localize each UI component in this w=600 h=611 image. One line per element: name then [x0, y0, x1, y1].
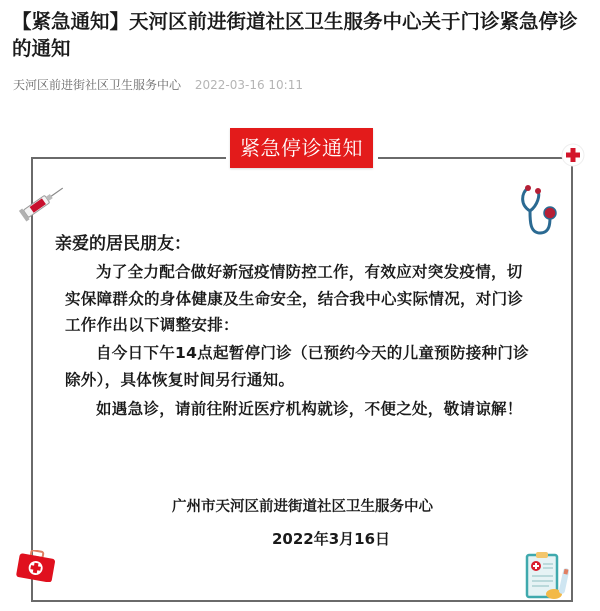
- notice-paragraph: 自今日下午14点起暂停门诊（已预约今天的儿童预防接种门诊除外），具体恢复时间另行…: [65, 340, 529, 393]
- article-title: 【紧急通知】天河区前进街道社区卫生服务中心关于门诊紧急停诊的通知: [12, 8, 592, 62]
- first-aid-kit-icon: [16, 550, 56, 582]
- medical-clipboard-icon: [525, 550, 577, 602]
- notice-signature: 广州市天河区前进街道社区卫生服务中心: [172, 497, 433, 517]
- notice-paragraph: 如遇急诊，请前往附近医疗机构就诊，不便之处，敬请谅解！: [65, 396, 529, 423]
- article-source-link[interactable]: 天河区前进街社区卫生服务中心: [13, 78, 181, 92]
- stethoscope-icon: [516, 183, 562, 239]
- notice-greeting: 亲爱的居民朋友：: [55, 233, 191, 255]
- article-meta: 天河区前进街社区卫生服务中心 2022-03-16 10:11: [13, 77, 303, 93]
- notice-date: 2022年3月16日: [272, 529, 390, 549]
- notice-banner: 紧急停诊通知: [230, 128, 373, 168]
- medical-cross-icon: [561, 143, 585, 167]
- syringe-icon: [16, 180, 68, 224]
- publish-date: 2022-03-16 10:11: [195, 78, 303, 92]
- notice-paragraph: 为了全力配合做好新冠疫情防控工作，有效应对突发疫情，切实保障群众的身体健康及生命…: [65, 259, 529, 339]
